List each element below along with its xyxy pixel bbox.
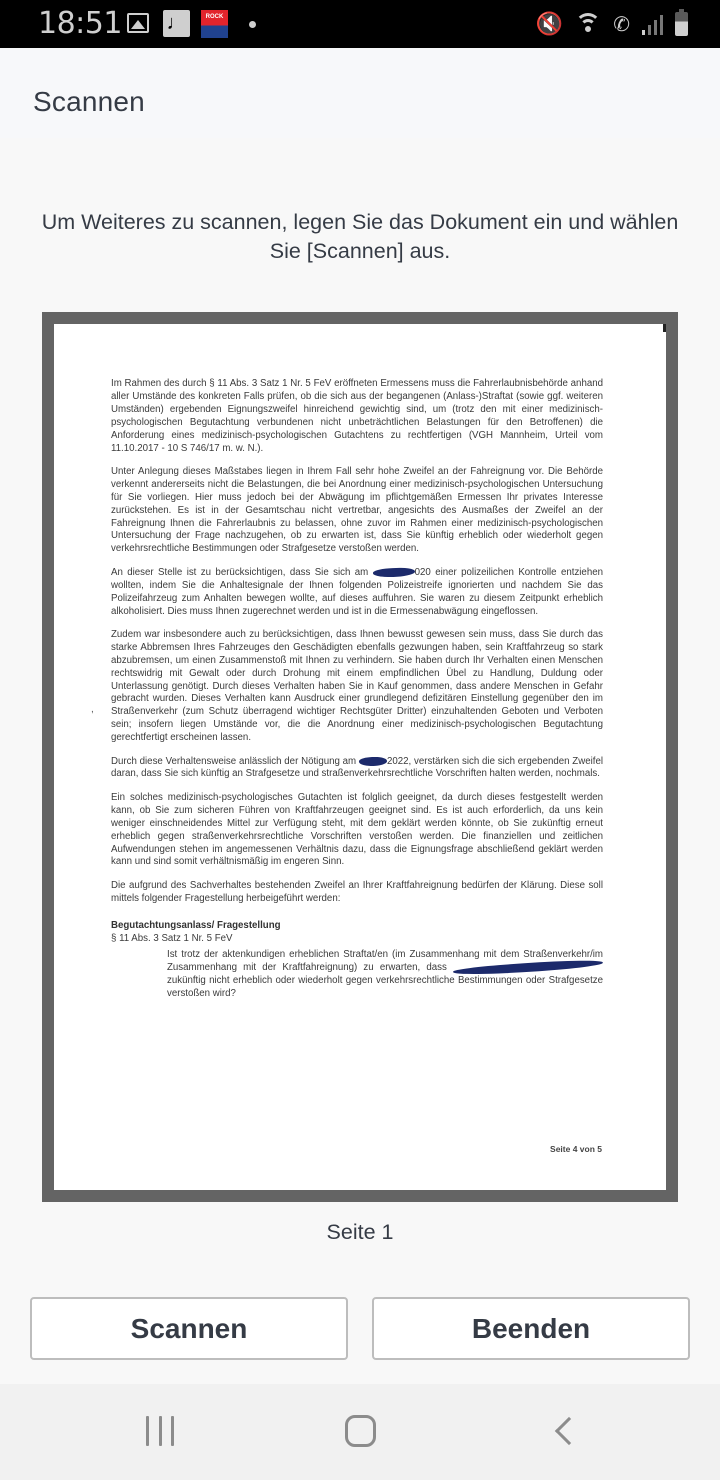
home-icon[interactable] — [345, 1415, 376, 1447]
doc-page-number: Seite 4 von 5 — [550, 1144, 602, 1154]
page-indicator: Seite 1 — [0, 1220, 720, 1245]
doc-paragraph: Zudem war insbesondere auch zu berücksic… — [111, 629, 603, 745]
mute-icon: 🔇 — [536, 11, 563, 37]
gallery-icon — [127, 13, 149, 33]
doc-paragraph: Durch diese Verhaltensweise anlässlich d… — [111, 756, 603, 782]
music-icon: ♩ — [163, 10, 190, 37]
wifi-icon — [575, 13, 601, 35]
doc-paragraph: Ein solches medizinisch-psychologisches … — [111, 792, 603, 869]
doc-subheading: § 11 Abs. 3 Satz 1 Nr. 5 FeV — [111, 933, 603, 946]
document-text: Im Rahmen des durch § 11 Abs. 3 Satz 1 N… — [111, 378, 603, 1001]
redaction-mark — [372, 566, 415, 578]
scanned-page: Im Rahmen des durch § 11 Abs. 3 Satz 1 N… — [54, 324, 666, 1190]
navigation-bar — [0, 1384, 720, 1480]
more-notifications-dot-icon — [249, 21, 256, 28]
finish-button[interactable]: Beenden — [372, 1297, 690, 1360]
app-header: Scannen — [0, 48, 720, 138]
battery-icon — [675, 12, 688, 36]
page-title: Scannen — [33, 86, 145, 118]
wifi-call-icon: ✆ — [613, 12, 630, 37]
recent-apps-icon[interactable] — [146, 1416, 174, 1446]
doc-question: Ist trotz der aktenkundigen erheblichen … — [167, 949, 603, 1001]
signal-icon — [642, 13, 663, 35]
doc-paragraph: Unter Anlegung dieses Maßstabes liegen i… — [111, 466, 603, 556]
status-bar: 18:51 ♩ ROCK 🔇 ✆ — [0, 0, 720, 48]
status-time: 18:51 — [38, 6, 122, 41]
doc-paragraph: Im Rahmen des durch § 11 Abs. 3 Satz 1 N… — [111, 378, 603, 455]
rock-antenne-icon: ROCK — [201, 10, 228, 38]
doc-heading: Begutachtungsanlass/ Fragestellung — [111, 920, 603, 933]
back-icon[interactable] — [555, 1417, 583, 1445]
doc-paragraph: An dieser Stelle ist zu berücksichtigen,… — [111, 567, 603, 619]
doc-paragraph: Die aufgrund des Sachverhaltes bestehend… — [111, 880, 603, 906]
scan-preview[interactable]: Im Rahmen des durch § 11 Abs. 3 Satz 1 N… — [42, 312, 678, 1202]
pen-mark: , — [91, 704, 94, 715]
system-icons: 🔇 ✆ — [536, 8, 688, 40]
scan-button[interactable]: Scannen — [30, 1297, 348, 1360]
redaction-mark — [359, 756, 388, 767]
scan-instruction: Um Weiteres zu scannen, legen Sie das Do… — [30, 208, 690, 266]
